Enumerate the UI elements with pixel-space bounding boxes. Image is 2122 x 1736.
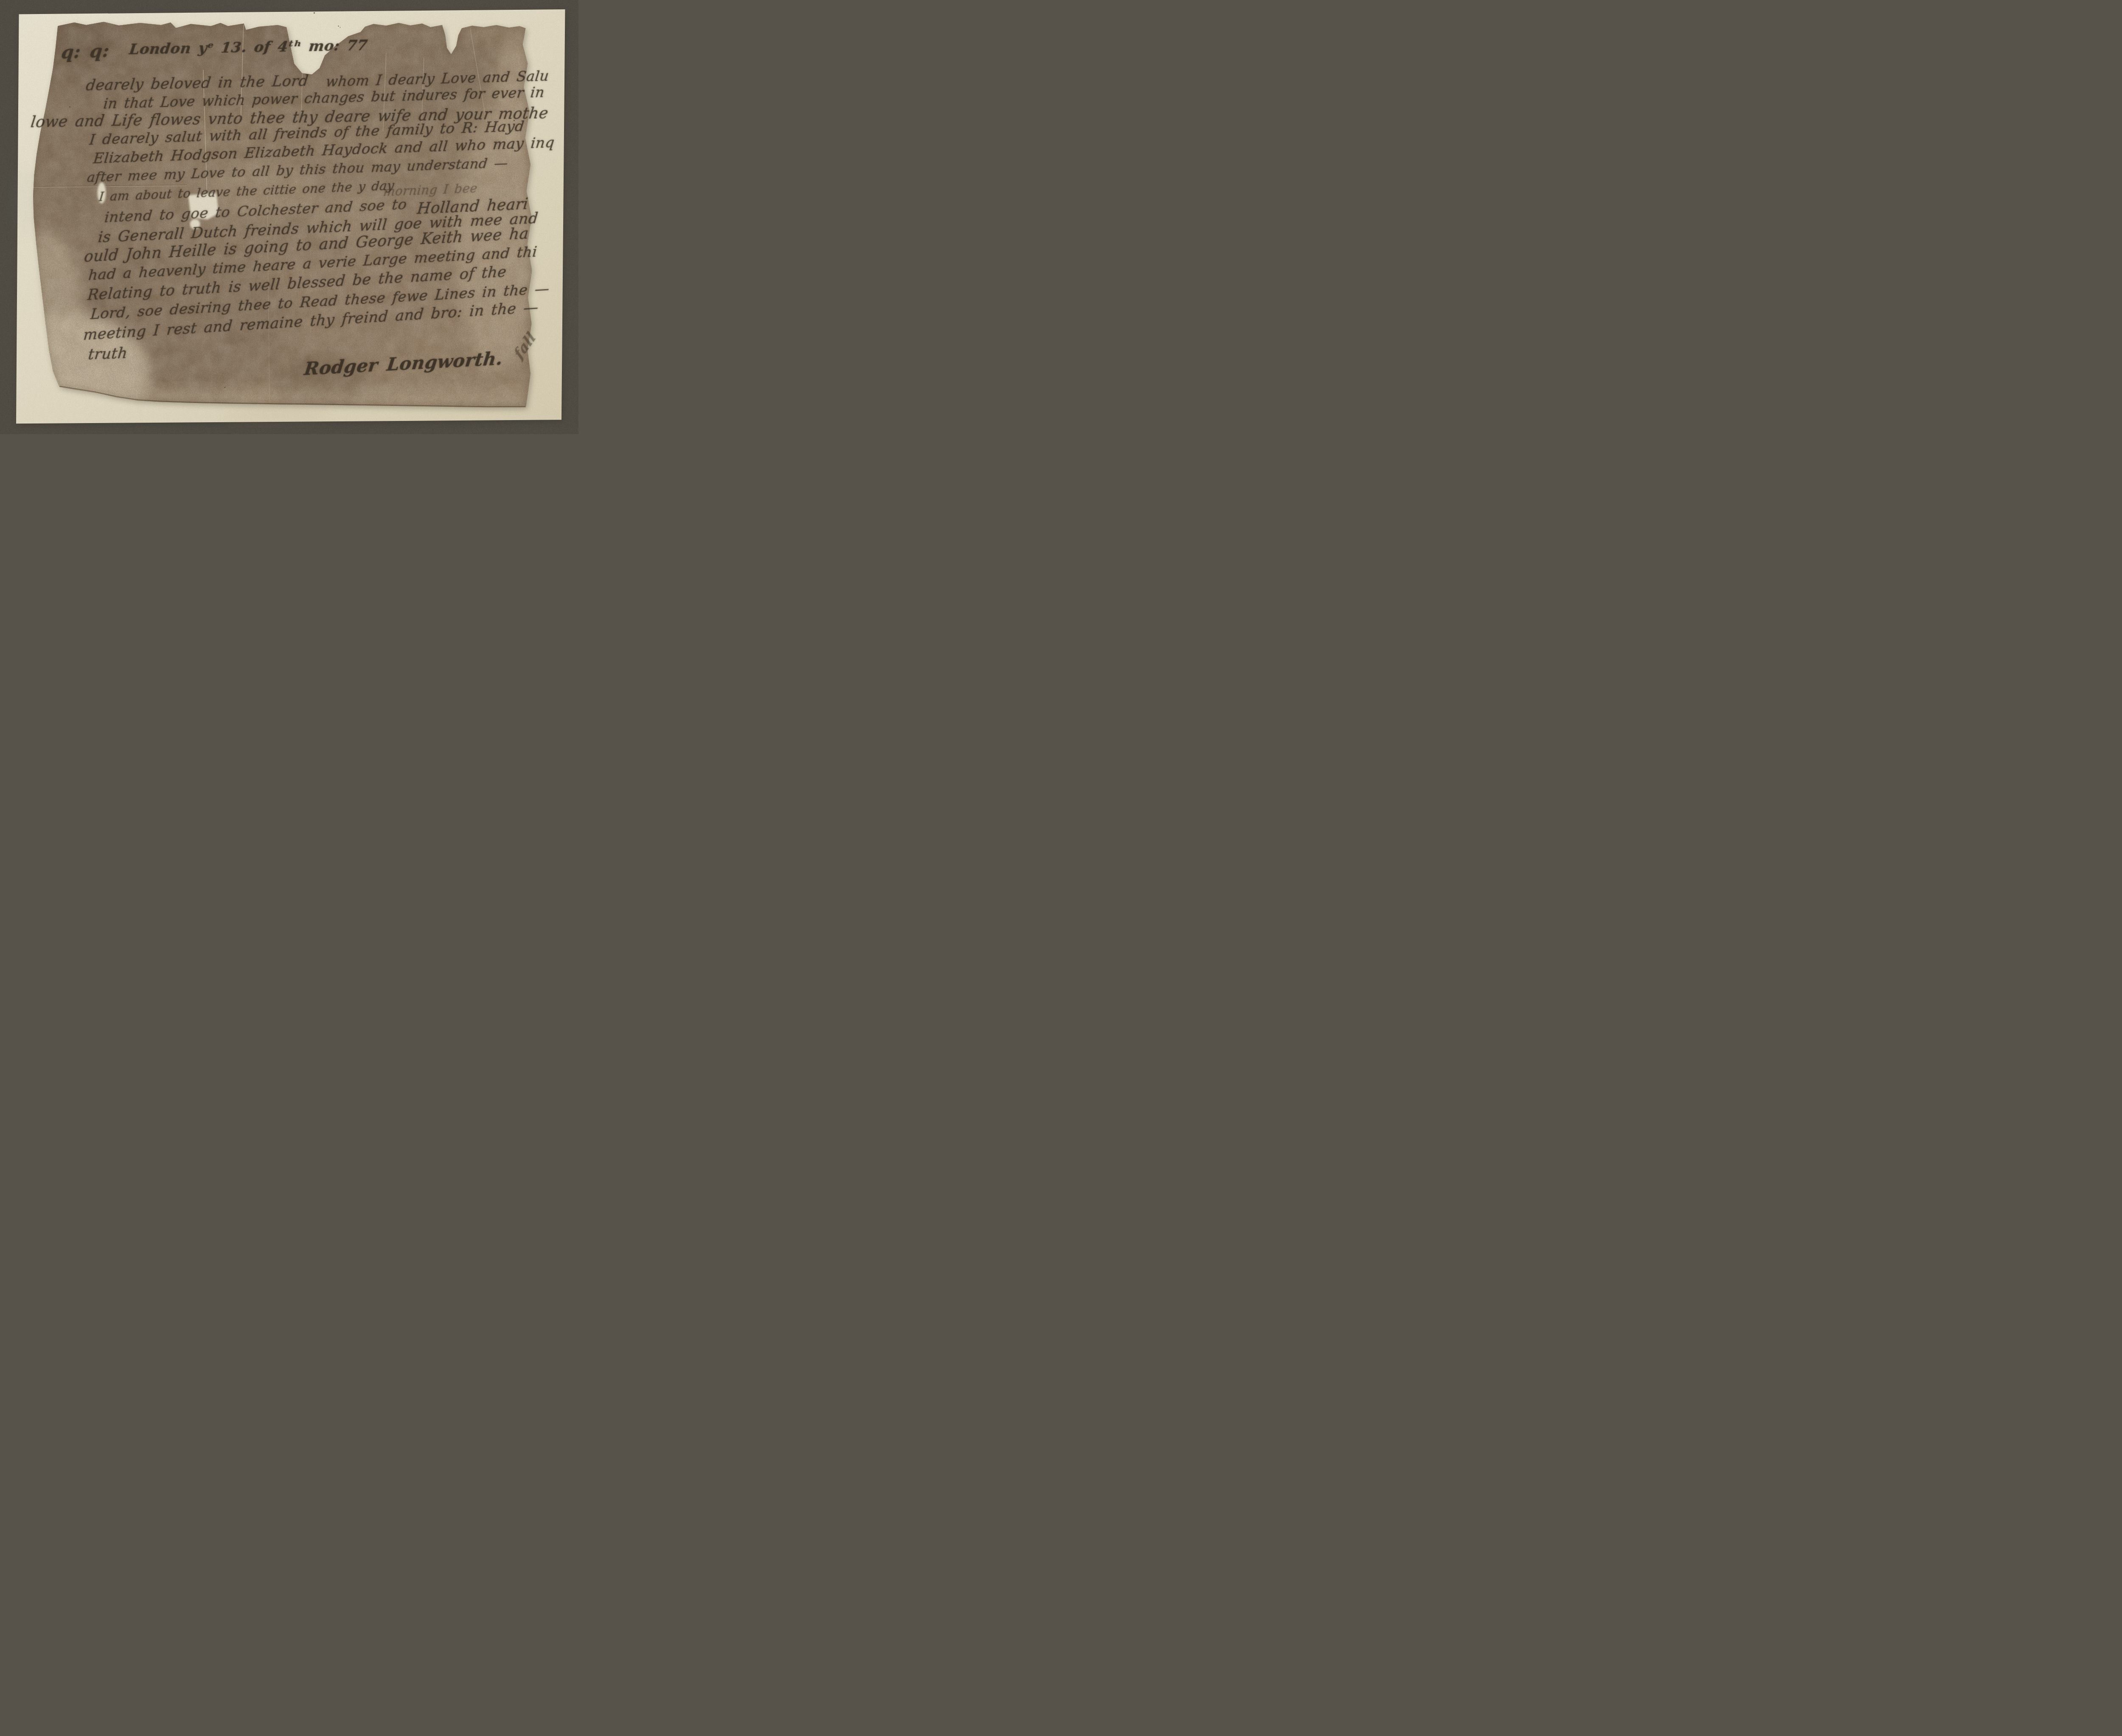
opening-marks: q: q: [60,41,110,63]
letter-line: truth [87,345,129,364]
photograph-of-letter: q: q: London yᵉ 13. of 4ᵗʰ mo: 77 dearel… [0,0,578,434]
